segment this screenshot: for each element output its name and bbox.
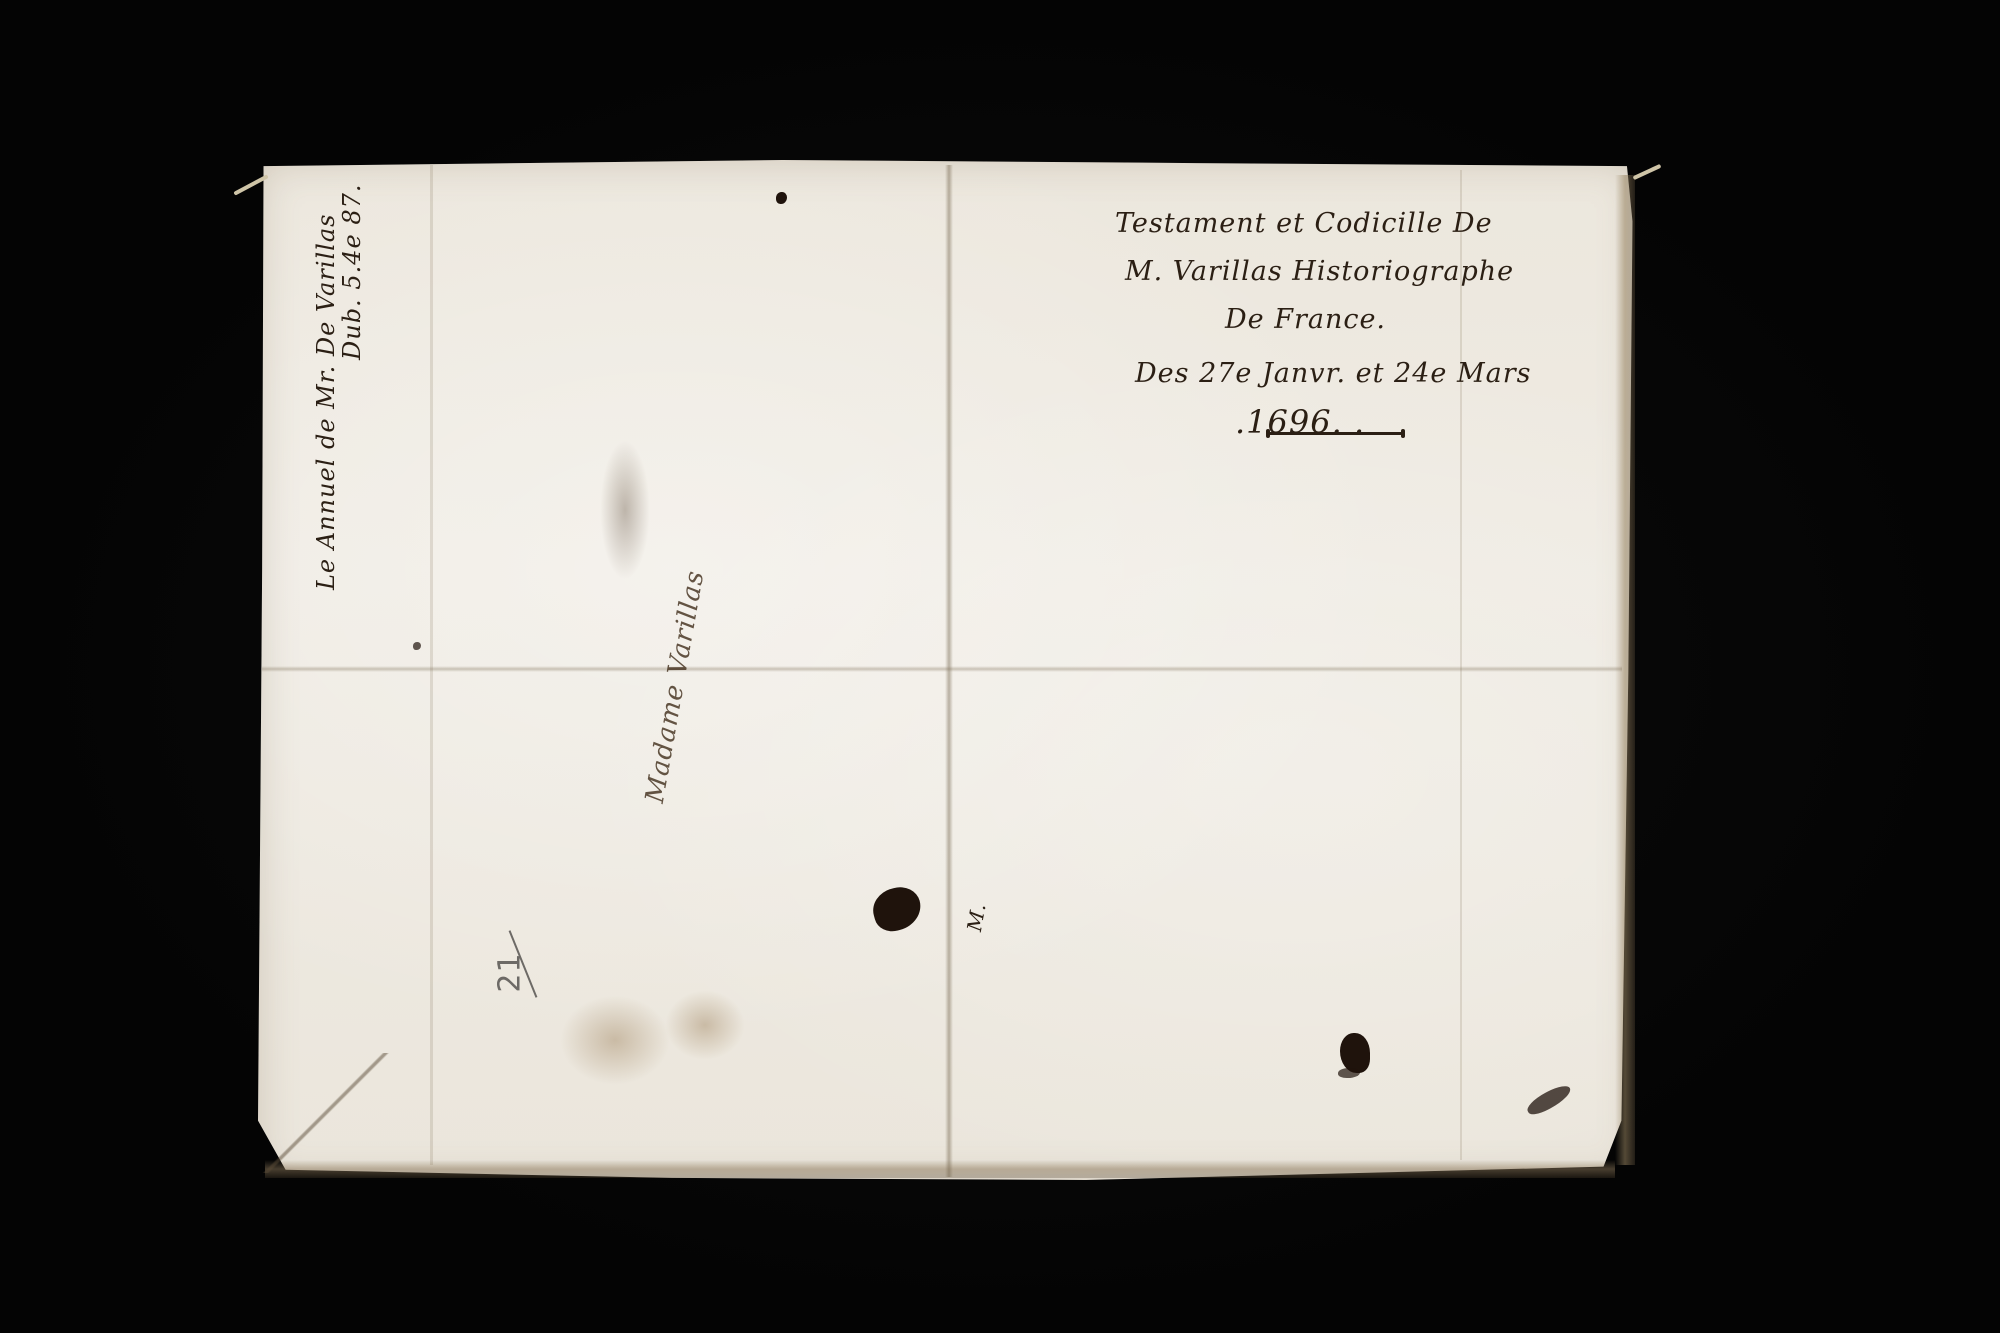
brown-stain-left	[560, 995, 670, 1085]
year-underline	[1268, 432, 1403, 435]
title-line-3: De France.	[1115, 296, 1635, 344]
faint-crease-left	[430, 165, 433, 1165]
title-line-2: M. Varillas Historiographe	[1115, 248, 1635, 296]
title-line-1: Testament et Codicille De	[1115, 200, 1635, 248]
pencil-number-mark: 21	[493, 952, 528, 992]
horizontal-fold-crease	[262, 666, 1622, 672]
paper-edge-bottom	[265, 1160, 1615, 1178]
ink-smudge-center	[600, 440, 650, 580]
document-title-block: Testament et Codicille De M. Varillas Hi…	[1115, 200, 1635, 446]
folded-corner	[262, 1053, 392, 1173]
margin-note-vertical-2: Dub. 5.4e 87.	[338, 184, 366, 361]
title-line-5-year: .1696. .	[1115, 398, 1635, 446]
small-ink-mark: M.	[962, 901, 991, 934]
title-line-4-dates: Des 27e Janvr. et 24e Mars	[1115, 350, 1635, 398]
margin-note-vertical-1: Le Annuel de Mr. De Varillas	[312, 214, 340, 590]
brown-stain-right	[665, 990, 745, 1060]
ink-blot-lower	[1340, 1033, 1370, 1073]
